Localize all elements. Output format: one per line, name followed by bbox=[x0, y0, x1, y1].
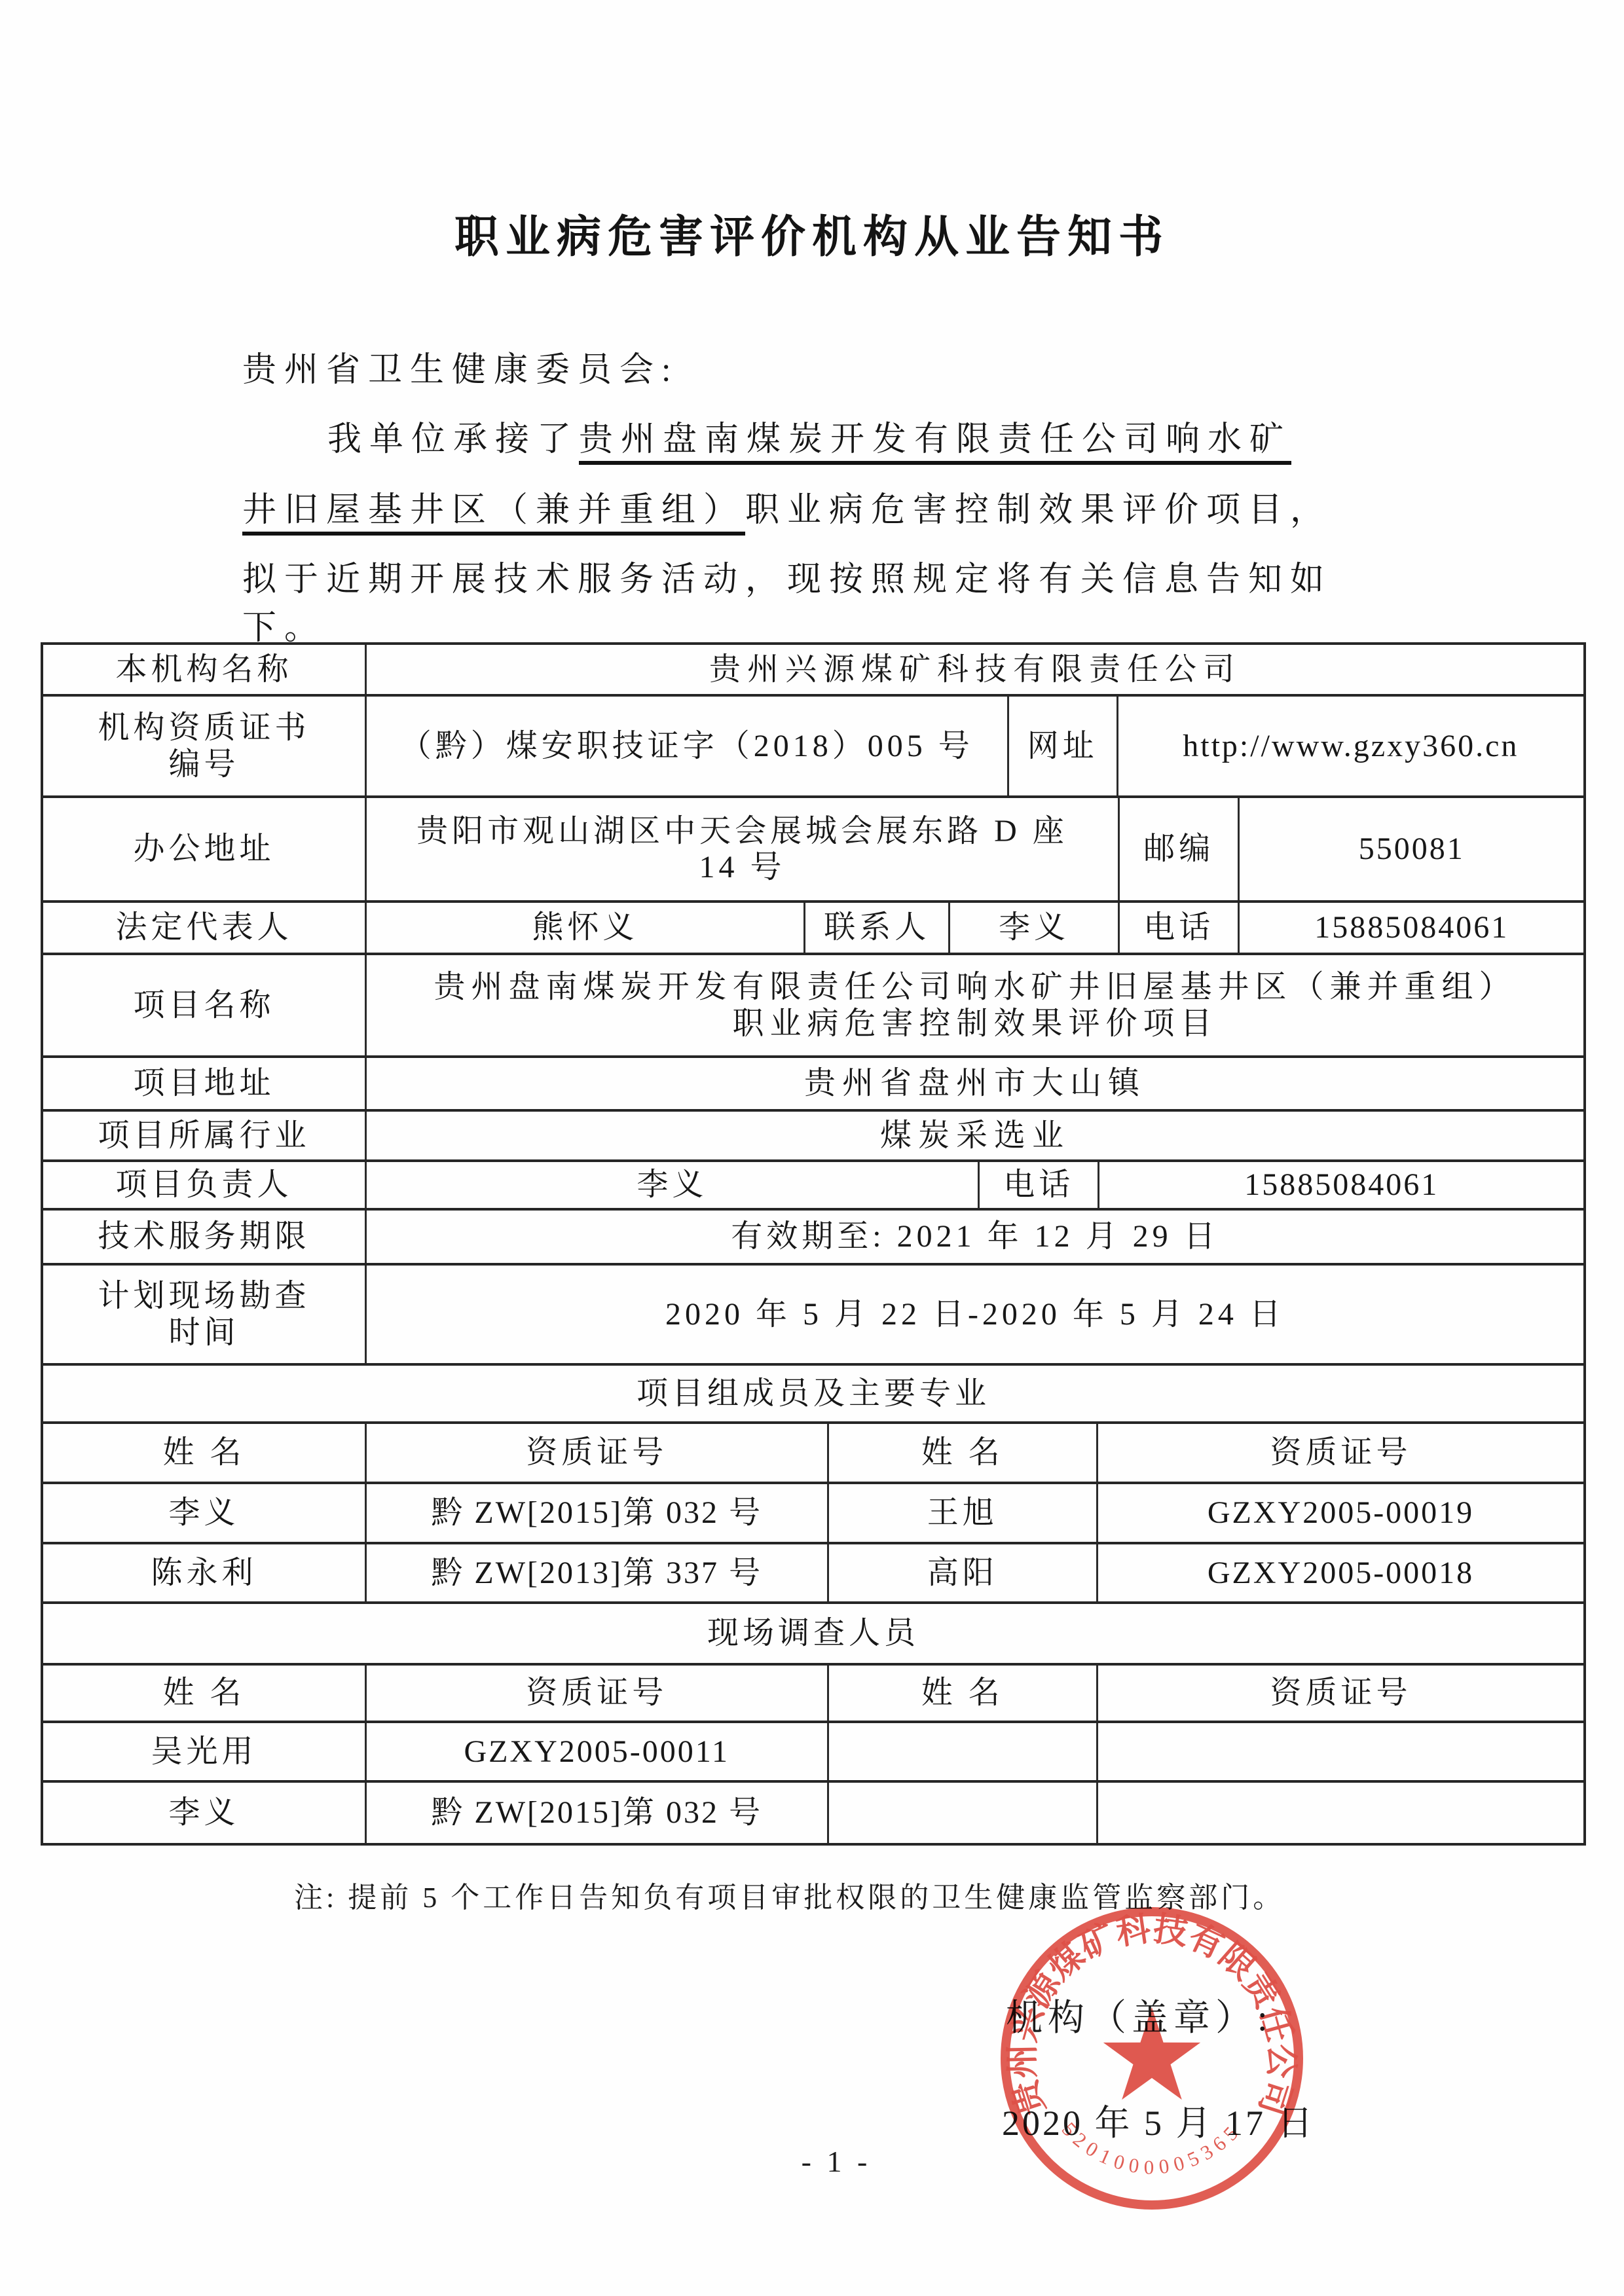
section-title: 项目组成员及主要专业 bbox=[43, 1366, 1583, 1421]
field-label: 项目所属行业 bbox=[43, 1112, 367, 1159]
paragraph-line-1: 我单位承接了贵州盘南煤炭开发有限责任公司响水矿 bbox=[327, 411, 1291, 460]
field-value: （黔）煤安职技证字（2018）005 号 bbox=[367, 697, 1009, 795]
column-header: 姓 名 bbox=[43, 1424, 367, 1482]
surveyors-section-header: 现场调查人员 bbox=[43, 1604, 1583, 1666]
signature-label: 机构（盖章）: bbox=[1006, 1989, 1273, 2041]
column-header: 资质证号 bbox=[1098, 1424, 1583, 1482]
surveyor-cert: 黔 ZW[2015]第 032 号 bbox=[367, 1783, 829, 1843]
field-value: 煤炭采选业 bbox=[367, 1112, 1583, 1159]
document-page: 职业病危害评价机构从业告知书 贵州省卫生健康委员会: 我单位承接了贵州盘南煤炭开… bbox=[0, 0, 1624, 2296]
member-row: 李义 黔 ZW[2015]第 032 号 王旭 GZXY2005-00019 bbox=[43, 1484, 1583, 1544]
column-header: 资质证号 bbox=[1098, 1666, 1583, 1721]
field-value: 有效期至: 2021 年 12 月 29 日 bbox=[367, 1211, 1583, 1263]
project-name-line1: 贵州盘南煤炭开发有限责任公司响水矿井旧屋基井区（兼并重组） bbox=[434, 969, 1516, 1005]
org-name-row: 本机构名称 贵州兴源煤矿科技有限责任公司 bbox=[43, 645, 1583, 697]
field-value: 2020 年 5 月 22 日-2020 年 5 月 24 日 bbox=[367, 1266, 1583, 1363]
leader-phone-value: 15885084061 bbox=[1099, 1162, 1583, 1208]
footnote: 注: 提前 5 个工作日告知负有项目审批权限的卫生健康监管监察部门。 bbox=[294, 1874, 1285, 1916]
field-label: 项目名称 bbox=[43, 955, 367, 1055]
survey-label-line2: 时间 bbox=[168, 1315, 239, 1351]
field-value: 贵阳市观山湖区中天会展城会展东路 D 座 14 号 bbox=[367, 798, 1120, 900]
address-line2: 14 号 bbox=[699, 849, 785, 885]
field-label: 电话 bbox=[980, 1162, 1099, 1208]
field-label: 电话 bbox=[1120, 903, 1240, 953]
field-value: 李义 bbox=[367, 1162, 980, 1208]
field-value: 贵州盘南煤炭开发有限责任公司响水矿井旧屋基井区（兼并重组） 职业病危害控制效果评… bbox=[367, 955, 1583, 1055]
surveyor-name bbox=[829, 1723, 1099, 1780]
field-label: 联系人 bbox=[805, 903, 950, 953]
field-value: 熊怀义 bbox=[367, 903, 805, 953]
field-label: 项目地址 bbox=[43, 1058, 367, 1109]
seal-graphic: 贵州兴源煤矿科技有限责任公司 5201000005365 bbox=[991, 1897, 1313, 2219]
member-cert: 黔 ZW[2013]第 337 号 bbox=[367, 1544, 829, 1601]
surveyor-cert: GZXY2005-00011 bbox=[367, 1723, 829, 1780]
page-number: - 1 - bbox=[705, 2144, 967, 2179]
address-line1: 贵阳市观山湖区中天会展城会展东路 D 座 bbox=[416, 813, 1068, 849]
project-name-row: 项目名称 贵州盘南煤炭开发有限责任公司响水矿井旧屋基井区（兼并重组） 职业病危害… bbox=[43, 955, 1583, 1058]
survey-label-line1: 计划现场勘查 bbox=[98, 1278, 310, 1314]
surveyor-row: 吴光用 GZXY2005-00011 bbox=[43, 1723, 1583, 1783]
signature-date: 2020 年 5 月 17 日 bbox=[1002, 2095, 1316, 2145]
members-header-row: 姓 名 资质证号 姓 名 资质证号 bbox=[43, 1424, 1583, 1484]
legal-rep-row: 法定代表人 熊怀义 联系人 李义 电话 15885084061 bbox=[43, 903, 1583, 955]
column-header: 资质证号 bbox=[367, 1666, 829, 1721]
page-title: 职业病危害评价机构从业告知书 bbox=[0, 202, 1624, 265]
member-cert: GZXY2005-00018 bbox=[1098, 1544, 1583, 1601]
cert-label-line2: 编号 bbox=[168, 746, 239, 782]
surveyor-name: 吴光用 bbox=[43, 1723, 367, 1780]
field-label: 本机构名称 bbox=[43, 645, 367, 694]
surveyor-name bbox=[829, 1783, 1099, 1843]
paragraph-line-3: 拟于近期开展技术服务活动，现按照规定将有关信息告知如 bbox=[242, 551, 1332, 600]
column-header: 姓 名 bbox=[829, 1666, 1099, 1721]
member-name: 陈永利 bbox=[43, 1544, 367, 1601]
surveyor-row: 李义 黔 ZW[2015]第 032 号 bbox=[43, 1783, 1583, 1843]
project-name-line2: 职业病危害控制效果评价项目 bbox=[732, 1006, 1217, 1042]
member-name: 李义 bbox=[43, 1484, 367, 1542]
field-label: 办公地址 bbox=[43, 798, 367, 900]
survey-time-row: 计划现场勘查 时间 2020 年 5 月 22 日-2020 年 5 月 24 … bbox=[43, 1266, 1583, 1366]
salutation: 贵州省卫生健康委员会: bbox=[242, 342, 678, 391]
field-value: 贵州兴源煤矿科技有限责任公司 bbox=[367, 645, 1583, 694]
member-cert: 黔 ZW[2015]第 032 号 bbox=[367, 1484, 829, 1542]
section-title: 现场调查人员 bbox=[43, 1604, 1583, 1663]
surveyor-cert bbox=[1098, 1783, 1583, 1843]
members-section-header: 项目组成员及主要专业 bbox=[43, 1366, 1583, 1424]
paragraph-line2-suffix: 职业病危害控制效果评价项目， bbox=[745, 492, 1332, 529]
postcode-value: 550081 bbox=[1240, 798, 1583, 900]
field-label: 法定代表人 bbox=[43, 903, 367, 953]
surveyor-cert bbox=[1098, 1723, 1583, 1780]
field-label: 技术服务期限 bbox=[43, 1211, 367, 1263]
field-label: 项目负责人 bbox=[43, 1162, 367, 1208]
service-term-row: 技术服务期限 有效期至: 2021 年 12 月 29 日 bbox=[43, 1211, 1583, 1266]
field-value: 贵州省盘州市大山镇 bbox=[367, 1058, 1583, 1109]
member-row: 陈永利 黔 ZW[2013]第 337 号 高阳 GZXY2005-00018 bbox=[43, 1544, 1583, 1604]
phone-value: 15885084061 bbox=[1240, 903, 1583, 953]
company-seal: 贵州兴源煤矿科技有限责任公司 5201000005365 bbox=[991, 1897, 1313, 2219]
column-header: 姓 名 bbox=[829, 1424, 1099, 1482]
paragraph-line1-prefix: 我单位承接了 bbox=[327, 421, 579, 458]
column-header: 姓 名 bbox=[43, 1666, 367, 1721]
member-name: 王旭 bbox=[829, 1484, 1099, 1542]
surveyor-name: 李义 bbox=[43, 1783, 367, 1843]
project-leader-row: 项目负责人 李义 电话 15885084061 bbox=[43, 1162, 1583, 1211]
field-label: 邮编 bbox=[1120, 798, 1240, 900]
contact-value: 李义 bbox=[950, 903, 1120, 953]
cert-label-line1: 机构资质证书 bbox=[98, 710, 310, 746]
paragraph-line-2: 井旧屋基井区（兼并重组）职业病危害控制效果评价项目， bbox=[242, 482, 1332, 531]
office-address-row: 办公地址 贵阳市观山湖区中天会展城会展东路 D 座 14 号 邮编 550081 bbox=[43, 798, 1583, 903]
underlined-mine-area: 井旧屋基井区（兼并重组） bbox=[242, 492, 745, 536]
field-label: 机构资质证书 编号 bbox=[43, 697, 367, 795]
member-name: 高阳 bbox=[829, 1544, 1099, 1601]
paragraph-line-4: 下。 bbox=[242, 600, 326, 649]
field-label: 网址 bbox=[1009, 697, 1118, 795]
field-label: 计划现场勘查 时间 bbox=[43, 1266, 367, 1363]
underlined-project-owner: 贵州盘南煤炭开发有限责任公司响水矿 bbox=[579, 421, 1291, 465]
member-cert: GZXY2005-00019 bbox=[1098, 1484, 1583, 1542]
project-address-row: 项目地址 贵州省盘州市大山镇 bbox=[43, 1058, 1583, 1112]
cert-row: 机构资质证书 编号 （黔）煤安职技证字（2018）005 号 网址 http:/… bbox=[43, 697, 1583, 798]
surveyors-header-row: 姓 名 资质证号 姓 名 资质证号 bbox=[43, 1666, 1583, 1723]
industry-row: 项目所属行业 煤炭采选业 bbox=[43, 1112, 1583, 1162]
column-header: 资质证号 bbox=[367, 1424, 829, 1482]
website-value: http://www.gzxy360.cn bbox=[1118, 697, 1583, 795]
seal-circle bbox=[1005, 1912, 1299, 2205]
info-table: 本机构名称 贵州兴源煤矿科技有限责任公司 机构资质证书 编号 （黔）煤安职技证字… bbox=[41, 642, 1586, 1846]
